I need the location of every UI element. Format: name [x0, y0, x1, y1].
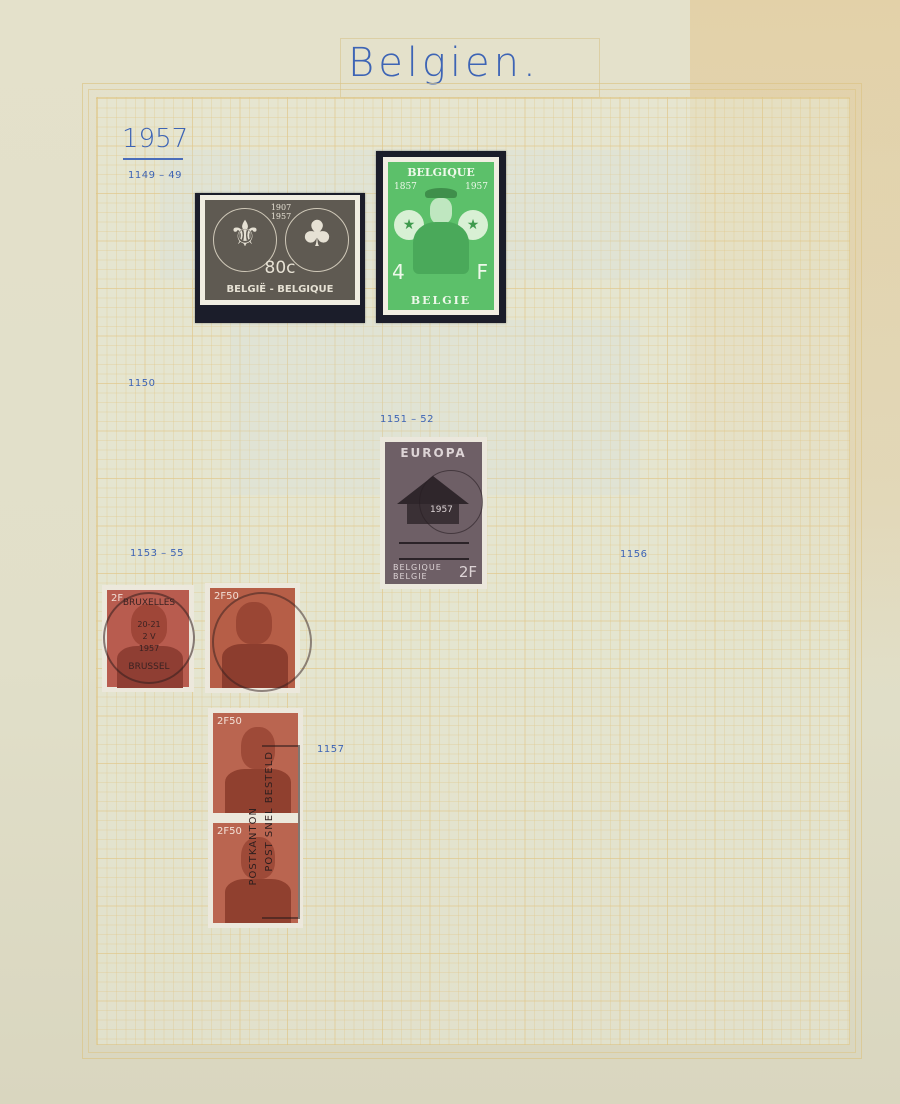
catalog-label: 1153 – 55 — [130, 548, 184, 559]
postmark-year: 1957 — [105, 644, 193, 653]
postmark: 1957 — [419, 470, 483, 534]
stamp-value: 2F — [459, 563, 477, 581]
postmark-year: 1957 — [430, 505, 453, 515]
date-end: 1957 — [465, 182, 488, 192]
stamp-design: 2F BRUXELLES 20-21 2 V 1957 BRUSSEL — [107, 590, 189, 687]
postmark-date: 2 V — [105, 632, 193, 641]
stamp-inscription: BELGIQUE — [393, 563, 442, 572]
stamp-europa-2f[interactable]: EUROPA 1957 BELGIQUE BELGIE 2F — [380, 437, 487, 589]
stamp-value-unit: F — [476, 260, 488, 284]
catalog-label: 1156 — [620, 549, 647, 560]
postmark-city: BRUXELLES — [105, 598, 193, 608]
stamp-design: EUROPA 1957 BELGIQUE BELGIE 2F — [385, 442, 482, 584]
catalog-label: 1157 — [317, 744, 344, 755]
catalog-label: 1149 – 49 — [128, 170, 182, 181]
stamp-value-number: 4 — [392, 260, 405, 284]
stamp-baudouin-2f[interactable]: 2F BRUXELLES 20-21 2 V 1957 BRUSSEL — [102, 585, 194, 692]
stamp-baden-powell-4f[interactable]: BELGIQUE 1857 1957 ★ ★ 4 F BELGIE — [383, 157, 499, 315]
fleur-de-lis-icon: ⚜ — [214, 217, 276, 253]
trefoil-icon: ♣ — [286, 217, 348, 253]
bridge-truss — [399, 542, 469, 560]
cancel-text: POSTKANTON — [248, 807, 259, 886]
scout-hat — [425, 188, 457, 198]
date-start: 1857 — [394, 182, 417, 192]
stamp-value: 2F50 — [217, 826, 242, 837]
catalog-label: 1151 – 52 — [380, 414, 434, 425]
postmark-time: 20-21 — [105, 620, 193, 629]
stamp-design: ⚜ ♣ 1907 1957 80c BELGIË - BELGIQUE — [205, 200, 355, 300]
year-underline — [123, 158, 183, 160]
date-start: 1907 — [271, 203, 291, 212]
cancel-text: POST SNEL BESTELD — [264, 751, 275, 872]
country-heading: Belgien. — [348, 40, 540, 86]
stamp-inscription: BELGIE — [393, 572, 428, 581]
stamp-scouts-80c[interactable]: ⚜ ♣ 1907 1957 80c BELGIË - BELGIQUE — [200, 195, 360, 305]
stamp-design: 2F50 — [210, 588, 295, 688]
postmark-city-alt: BRUSSEL — [105, 662, 193, 672]
box-cancel: POST SNEL BESTELD POSTKANTON — [262, 745, 300, 919]
portrait-face — [430, 198, 452, 224]
stamp-value: 80c — [205, 258, 355, 278]
portrait-body — [413, 222, 469, 274]
stamp-country-bottom: BELGIE — [388, 294, 494, 307]
stamp-value: 2F50 — [217, 716, 242, 727]
stamp-dates: 1907 1957 — [263, 203, 299, 221]
postmark — [212, 592, 312, 692]
stamp-country-top: BELGIQUE — [388, 166, 494, 179]
catalog-label: 1150 — [128, 378, 155, 389]
stamp-heading: EUROPA — [385, 446, 482, 460]
date-end: 1957 — [271, 212, 291, 221]
postmark: BRUXELLES 20-21 2 V 1957 BRUSSEL — [103, 592, 195, 684]
year-heading: 1957 — [122, 124, 188, 154]
stamp-design: BELGIQUE 1857 1957 ★ ★ 4 F BELGIE — [388, 162, 494, 310]
stamp-baudouin-2f50[interactable]: 2F50 — [205, 583, 300, 693]
stamp-inscription: BELGIË - BELGIQUE — [205, 284, 355, 295]
